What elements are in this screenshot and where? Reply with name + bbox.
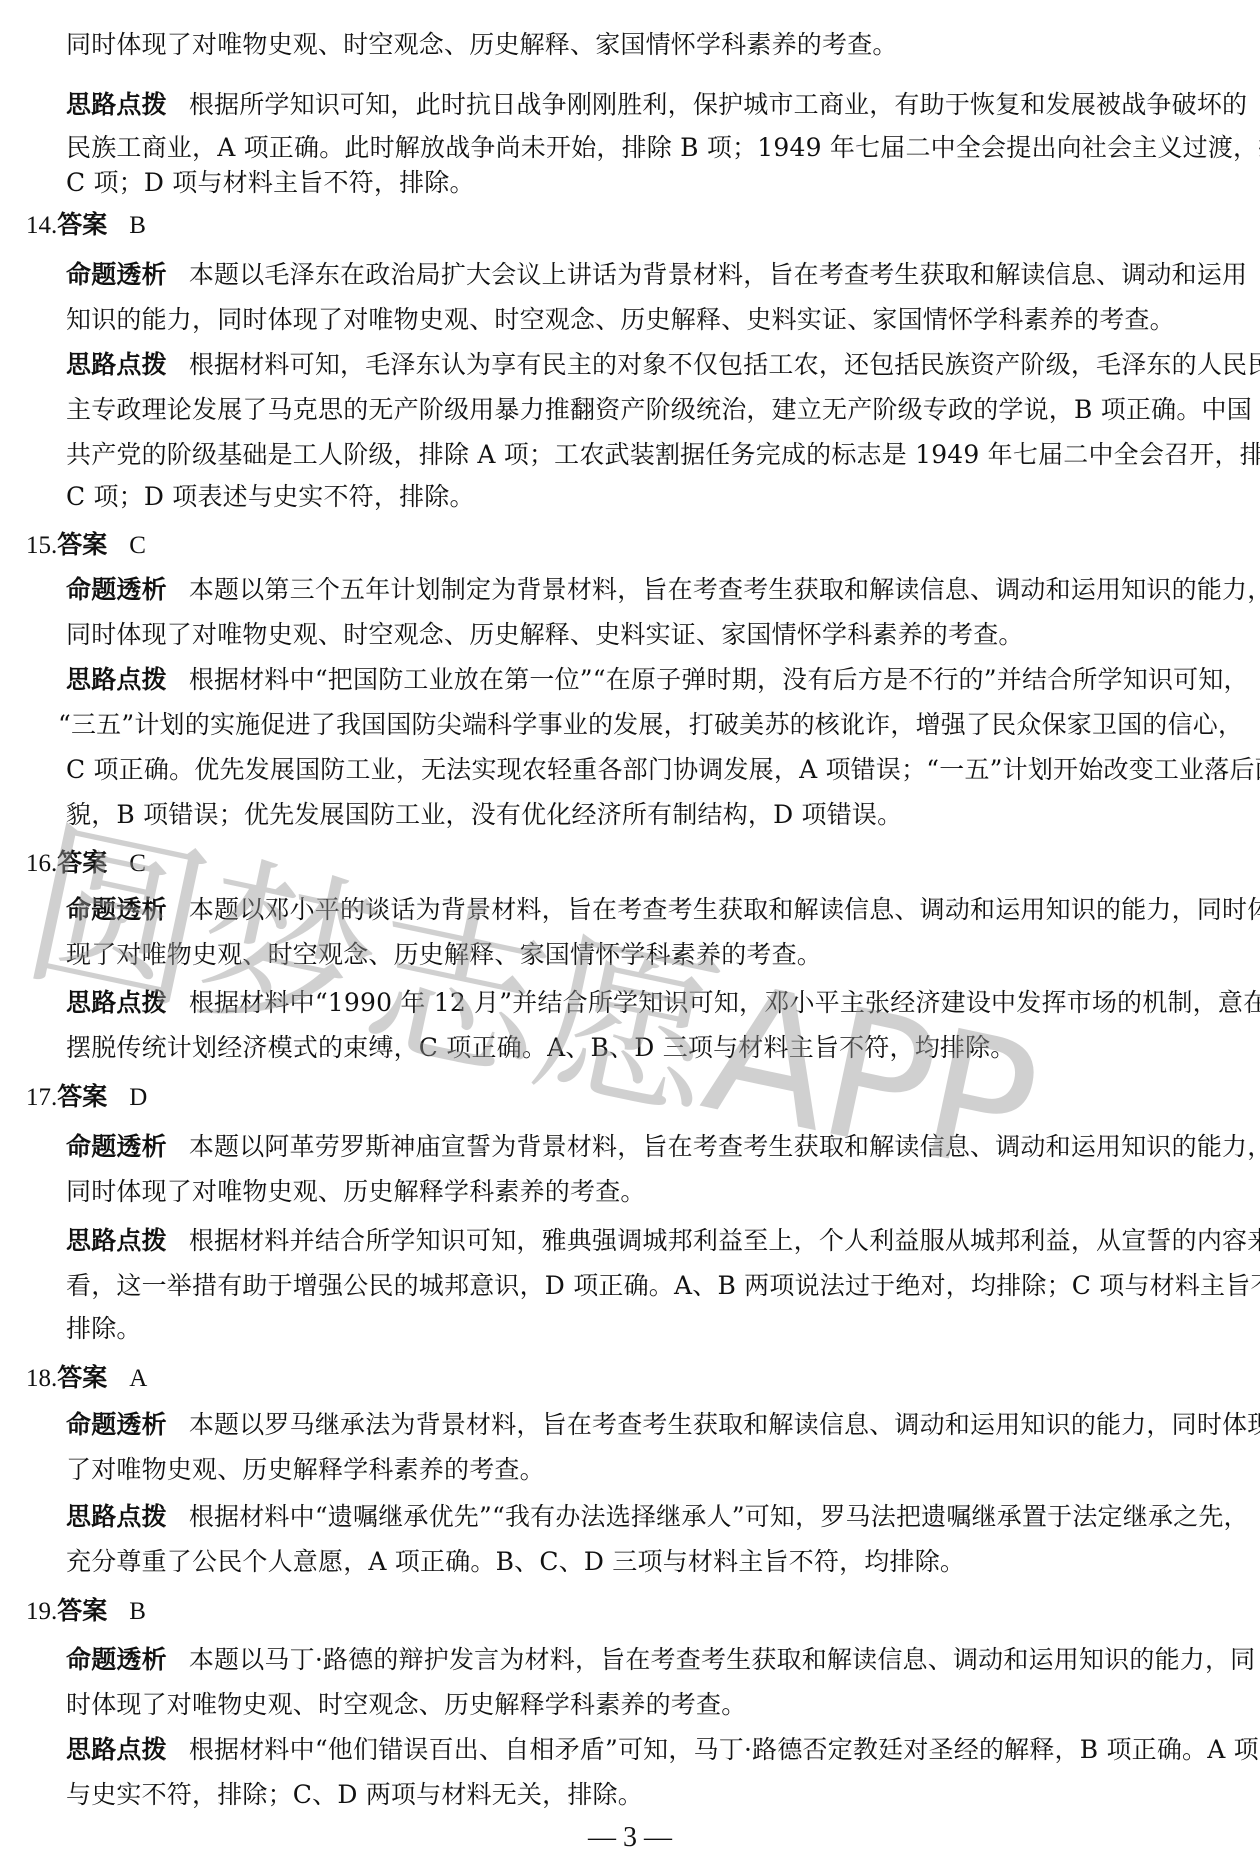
- analysis-paragraph-line: 命题透析本题以马丁·路德的辩护发言为材料，旨在考查考生获取和解读信息、调动和运用…: [66, 1645, 1241, 1675]
- question-header-14: 14.答案B: [26, 210, 146, 241]
- body-text-line: 现了对唯物史观、时空观念、历史解释、家国情怀学科素养的考查。: [66, 940, 1241, 970]
- answer-label: 答案: [57, 848, 107, 877]
- answer-label: 答案: [57, 210, 107, 239]
- body-text-line: C 项正确。优先发展国防工业，无法实现农轻重各部门协调发展，A 项错误；“一五”…: [66, 755, 1241, 785]
- hint-paragraph-line: 思路点拨根据材料中“遗嘱继承优先”“我有办法选择继承人”可知，罗马法把遗嘱继承置…: [66, 1502, 1241, 1532]
- hint-paragraph-line: 思路点拨根据所学知识可知，此时抗日战争刚刚胜利，保护城市工商业，有助于恢复和发展…: [66, 90, 1241, 120]
- hint-paragraph-line: 思路点拨根据材料中“把国防工业放在第一位”“在原子弹时期，没有后方是不行的”并结…: [66, 665, 1241, 695]
- answer-value: D: [129, 1084, 147, 1111]
- body-text: 本题以罗马继承法为背景材料，旨在考查考生获取和解读信息、调动和运用知识的能力，同…: [189, 1410, 1260, 1439]
- answer-value: C: [129, 532, 146, 559]
- analysis-paragraph-line: 命题透析本题以邓小平的谈话为背景材料，旨在考查考生获取和解读信息、调动和运用知识…: [66, 895, 1241, 925]
- body-text-line: 看，这一举措有助于增强公民的城邦意识，D 项正确。A、B 两项说法过于绝对，均排…: [66, 1271, 1241, 1301]
- body-text-line: 与史实不符，排除；C、D 两项与材料无关，排除。: [66, 1780, 1241, 1810]
- body-text: 根据材料中“他们错误百出、自相矛盾”可知，马丁·路德否定教廷对圣经的解释，B 项…: [189, 1735, 1259, 1764]
- hint-label: 思路点拨: [66, 90, 167, 119]
- analysis-label: 命题透析: [66, 260, 167, 289]
- question-number: 14.: [26, 212, 57, 239]
- body-text: 本题以毛泽东在政治局扩大会议上讲话为背景材料，旨在考查考生获取和解读信息、调动和…: [189, 260, 1247, 289]
- page-number: — 3 —: [0, 1822, 1260, 1854]
- body-text: 根据所学知识可知，此时抗日战争刚刚胜利，保护城市工商业，有助于恢复和发展被战争破…: [189, 90, 1247, 119]
- question-number: 16.: [26, 850, 57, 877]
- question-header-15: 15.答案C: [26, 530, 146, 561]
- body-text-line: 摆脱传统计划经济模式的束缚，C 项正确。A、B、D 三项与材料主旨不符，均排除。: [66, 1033, 1241, 1063]
- hint-label: 思路点拨: [66, 350, 167, 379]
- hint-label: 思路点拨: [66, 665, 167, 694]
- body-text: 根据材料中“遗嘱继承优先”“我有办法选择继承人”可知，罗马法把遗嘱继承置于法定继…: [189, 1502, 1249, 1531]
- hint-paragraph-line: 思路点拨根据材料中“他们错误百出、自相矛盾”可知，马丁·路德否定教廷对圣经的解释…: [66, 1735, 1241, 1765]
- hint-label: 思路点拨: [66, 988, 167, 1017]
- body-text: 根据材料可知，毛泽东认为享有民主的对象不仅包括工农，还包括民族资产阶级，毛泽东的…: [189, 350, 1260, 379]
- answer-key-page: 同时体现了对唯物史观、时空观念、历史解释、家国情怀学科素养的考查。 思路点拨根据…: [0, 0, 1260, 1865]
- question-number: 18.: [26, 1365, 57, 1392]
- analysis-paragraph-line: 命题透析本题以第三个五年计划制定为背景材料，旨在考查考生获取和解读信息、调动和运…: [66, 575, 1241, 605]
- hint-label: 思路点拨: [66, 1735, 167, 1764]
- hint-label: 思路点拨: [66, 1502, 167, 1531]
- body-text-line: 同时体现了对唯物史观、时空观念、历史解释、史料实证、家国情怀学科素养的考查。: [66, 620, 1241, 650]
- analysis-paragraph-line: 命题透析本题以毛泽东在政治局扩大会议上讲话为背景材料，旨在考查考生获取和解读信息…: [66, 260, 1241, 290]
- hint-paragraph-line: 思路点拨根据材料中“1990 年 12 月”并结合所学知识可知，邓小平主张经济建…: [66, 988, 1241, 1018]
- answer-label: 答案: [57, 1363, 107, 1392]
- answer-label: 答案: [57, 530, 107, 559]
- question-header-18: 18.答案A: [26, 1363, 147, 1394]
- question-header-17: 17.答案D: [26, 1082, 147, 1113]
- question-header-19: 19.答案B: [26, 1596, 146, 1627]
- body-text: 本题以马丁·路德的辩护发言为材料，旨在考查考生获取和解读信息、调动和运用知识的能…: [189, 1645, 1256, 1674]
- hint-paragraph-line: 思路点拨根据材料并结合所学知识可知，雅典强调城邦利益至上，个人利益服从城邦利益，…: [66, 1226, 1241, 1256]
- body-text: 本题以第三个五年计划制定为背景材料，旨在考查考生获取和解读信息、调动和运用知识的…: [189, 575, 1260, 604]
- analysis-paragraph-line: 命题透析本题以罗马继承法为背景材料，旨在考查考生获取和解读信息、调动和运用知识的…: [66, 1410, 1241, 1440]
- body-text-line: 同时体现了对唯物史观、历史解释学科素养的考查。: [66, 1177, 1241, 1207]
- analysis-label: 命题透析: [66, 1645, 167, 1674]
- question-number: 17.: [26, 1084, 57, 1111]
- answer-value: A: [129, 1365, 147, 1392]
- analysis-label: 命题透析: [66, 575, 167, 604]
- question-number: 15.: [26, 532, 57, 559]
- body-text-line: 同时体现了对唯物史观、时空观念、历史解释、家国情怀学科素养的考查。: [66, 30, 1241, 60]
- body-text-line: 主专政理论发展了马克思的无产阶级用暴力推翻资产阶级统治，建立无产阶级专政的学说，…: [66, 395, 1241, 425]
- question-number: 19.: [26, 1598, 57, 1625]
- body-text-line: 知识的能力，同时体现了对唯物史观、时空观念、历史解释、史料实证、家国情怀学科素养…: [66, 305, 1241, 335]
- hint-label: 思路点拨: [66, 1226, 167, 1255]
- body-text: 本题以邓小平的谈话为背景材料，旨在考查考生获取和解读信息、调动和运用知识的能力，…: [189, 895, 1260, 924]
- body-text-line: 了对唯物史观、历史解释学科素养的考查。: [66, 1455, 1241, 1485]
- body-text-line: 民族工商业，A 项正确。此时解放战争尚未开始，排除 B 项；1949 年七届二中…: [66, 133, 1241, 163]
- body-text: 根据材料中“1990 年 12 月”并结合所学知识可知，邓小平主张经济建设中发挥…: [189, 988, 1260, 1017]
- answer-label: 答案: [57, 1596, 107, 1625]
- answer-label: 答案: [57, 1082, 107, 1111]
- body-text-line: 充分尊重了公民个人意愿，A 项正确。B、C、D 三项与材料主旨不符，均排除。: [66, 1547, 1241, 1577]
- analysis-label: 命题透析: [66, 895, 167, 924]
- answer-value: B: [129, 1598, 146, 1625]
- body-text-line: 貌，B 项错误；优先发展国防工业，没有优化经济所有制结构，D 项错误。: [66, 800, 1241, 830]
- body-text-line: 时体现了对唯物史观、时空观念、历史解释学科素养的考查。: [66, 1690, 1241, 1720]
- analysis-label: 命题透析: [66, 1410, 167, 1439]
- body-text-line: 排除。: [66, 1314, 1241, 1344]
- analysis-paragraph-line: 命题透析本题以阿革劳罗斯神庙宣誓为背景材料，旨在考查考生获取和解读信息、调动和运…: [66, 1132, 1241, 1162]
- hint-paragraph-line: 思路点拨根据材料可知，毛泽东认为享有民主的对象不仅包括工农，还包括民族资产阶级，…: [66, 350, 1241, 380]
- body-text-line: “三五”计划的实施促进了我国国防尖端科学事业的发展，打破美苏的核讹诈，增强了民众…: [58, 710, 1233, 740]
- body-text: 根据材料并结合所学知识可知，雅典强调城邦利益至上，个人利益服从城邦利益，从宣誓的…: [189, 1226, 1260, 1255]
- body-text-line: C 项；D 项与材料主旨不符，排除。: [66, 168, 1241, 198]
- body-text-line: 共产党的阶级基础是工人阶级，排除 A 项；工农武装割据任务完成的标志是 1949…: [66, 440, 1241, 470]
- analysis-label: 命题透析: [66, 1132, 167, 1161]
- answer-value: B: [129, 212, 146, 239]
- question-header-16: 16.答案C: [26, 848, 146, 879]
- answer-value: C: [129, 850, 146, 877]
- body-text-line: C 项；D 项表述与史实不符，排除。: [66, 482, 1241, 512]
- body-text: 本题以阿革劳罗斯神庙宣誓为背景材料，旨在考查考生获取和解读信息、调动和运用知识的…: [189, 1132, 1260, 1161]
- body-text: 根据材料中“把国防工业放在第一位”“在原子弹时期，没有后方是不行的”并结合所学知…: [189, 665, 1249, 694]
